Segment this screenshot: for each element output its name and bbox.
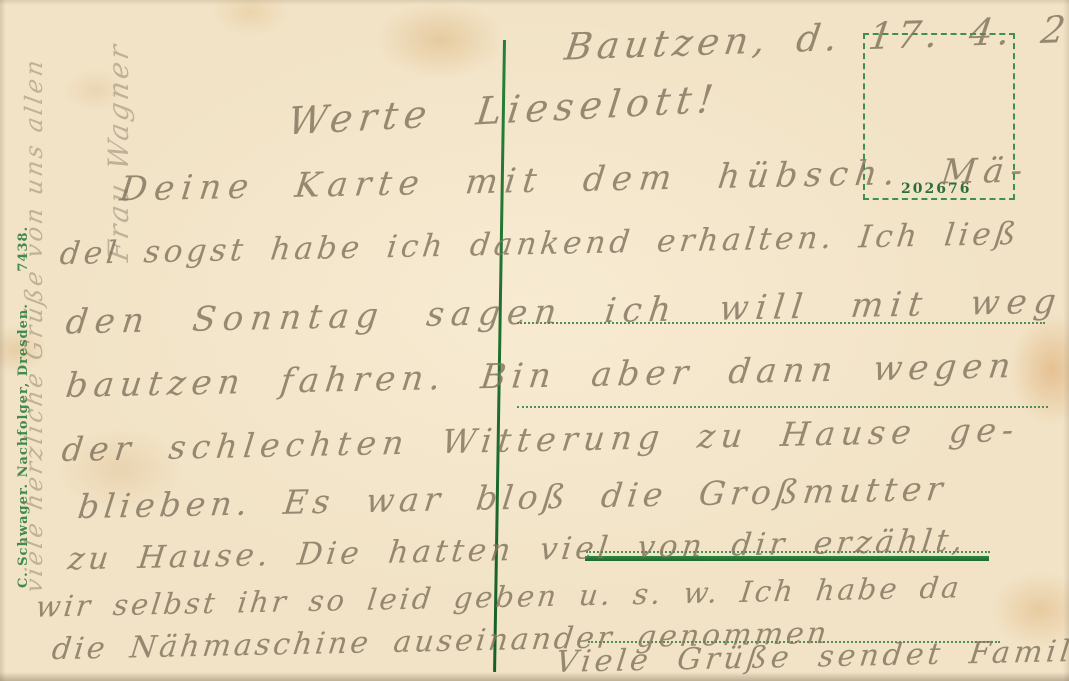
postcard-back: 202676 C. Schwager. Nachfolger, Dresden.…	[0, 0, 1069, 681]
message-line: del sogst habe ich dankend erhalten. Ich…	[58, 216, 1022, 272]
message-line: den Sonntag sagen ich will mit weg	[64, 282, 1065, 343]
marginalia-top-left: Frau Wagner	[102, 40, 135, 264]
message-line: zu Hause. Die hatten viel von dir erzähl…	[66, 523, 968, 578]
message-line: bautzen fahren. Bin aber dann wegen	[64, 346, 1019, 406]
marginalia-left: viele herzliche Grüße von uns allen	[20, 55, 48, 595]
message-line: der schlechten Witterung zu Hause ge-	[60, 410, 1022, 469]
address-line-2	[517, 406, 1048, 408]
message-line: blieben. Es war bloß die Großmutter	[76, 469, 950, 526]
message-line: Deine Karte mit dem hübsch. Mä-	[118, 150, 1032, 209]
